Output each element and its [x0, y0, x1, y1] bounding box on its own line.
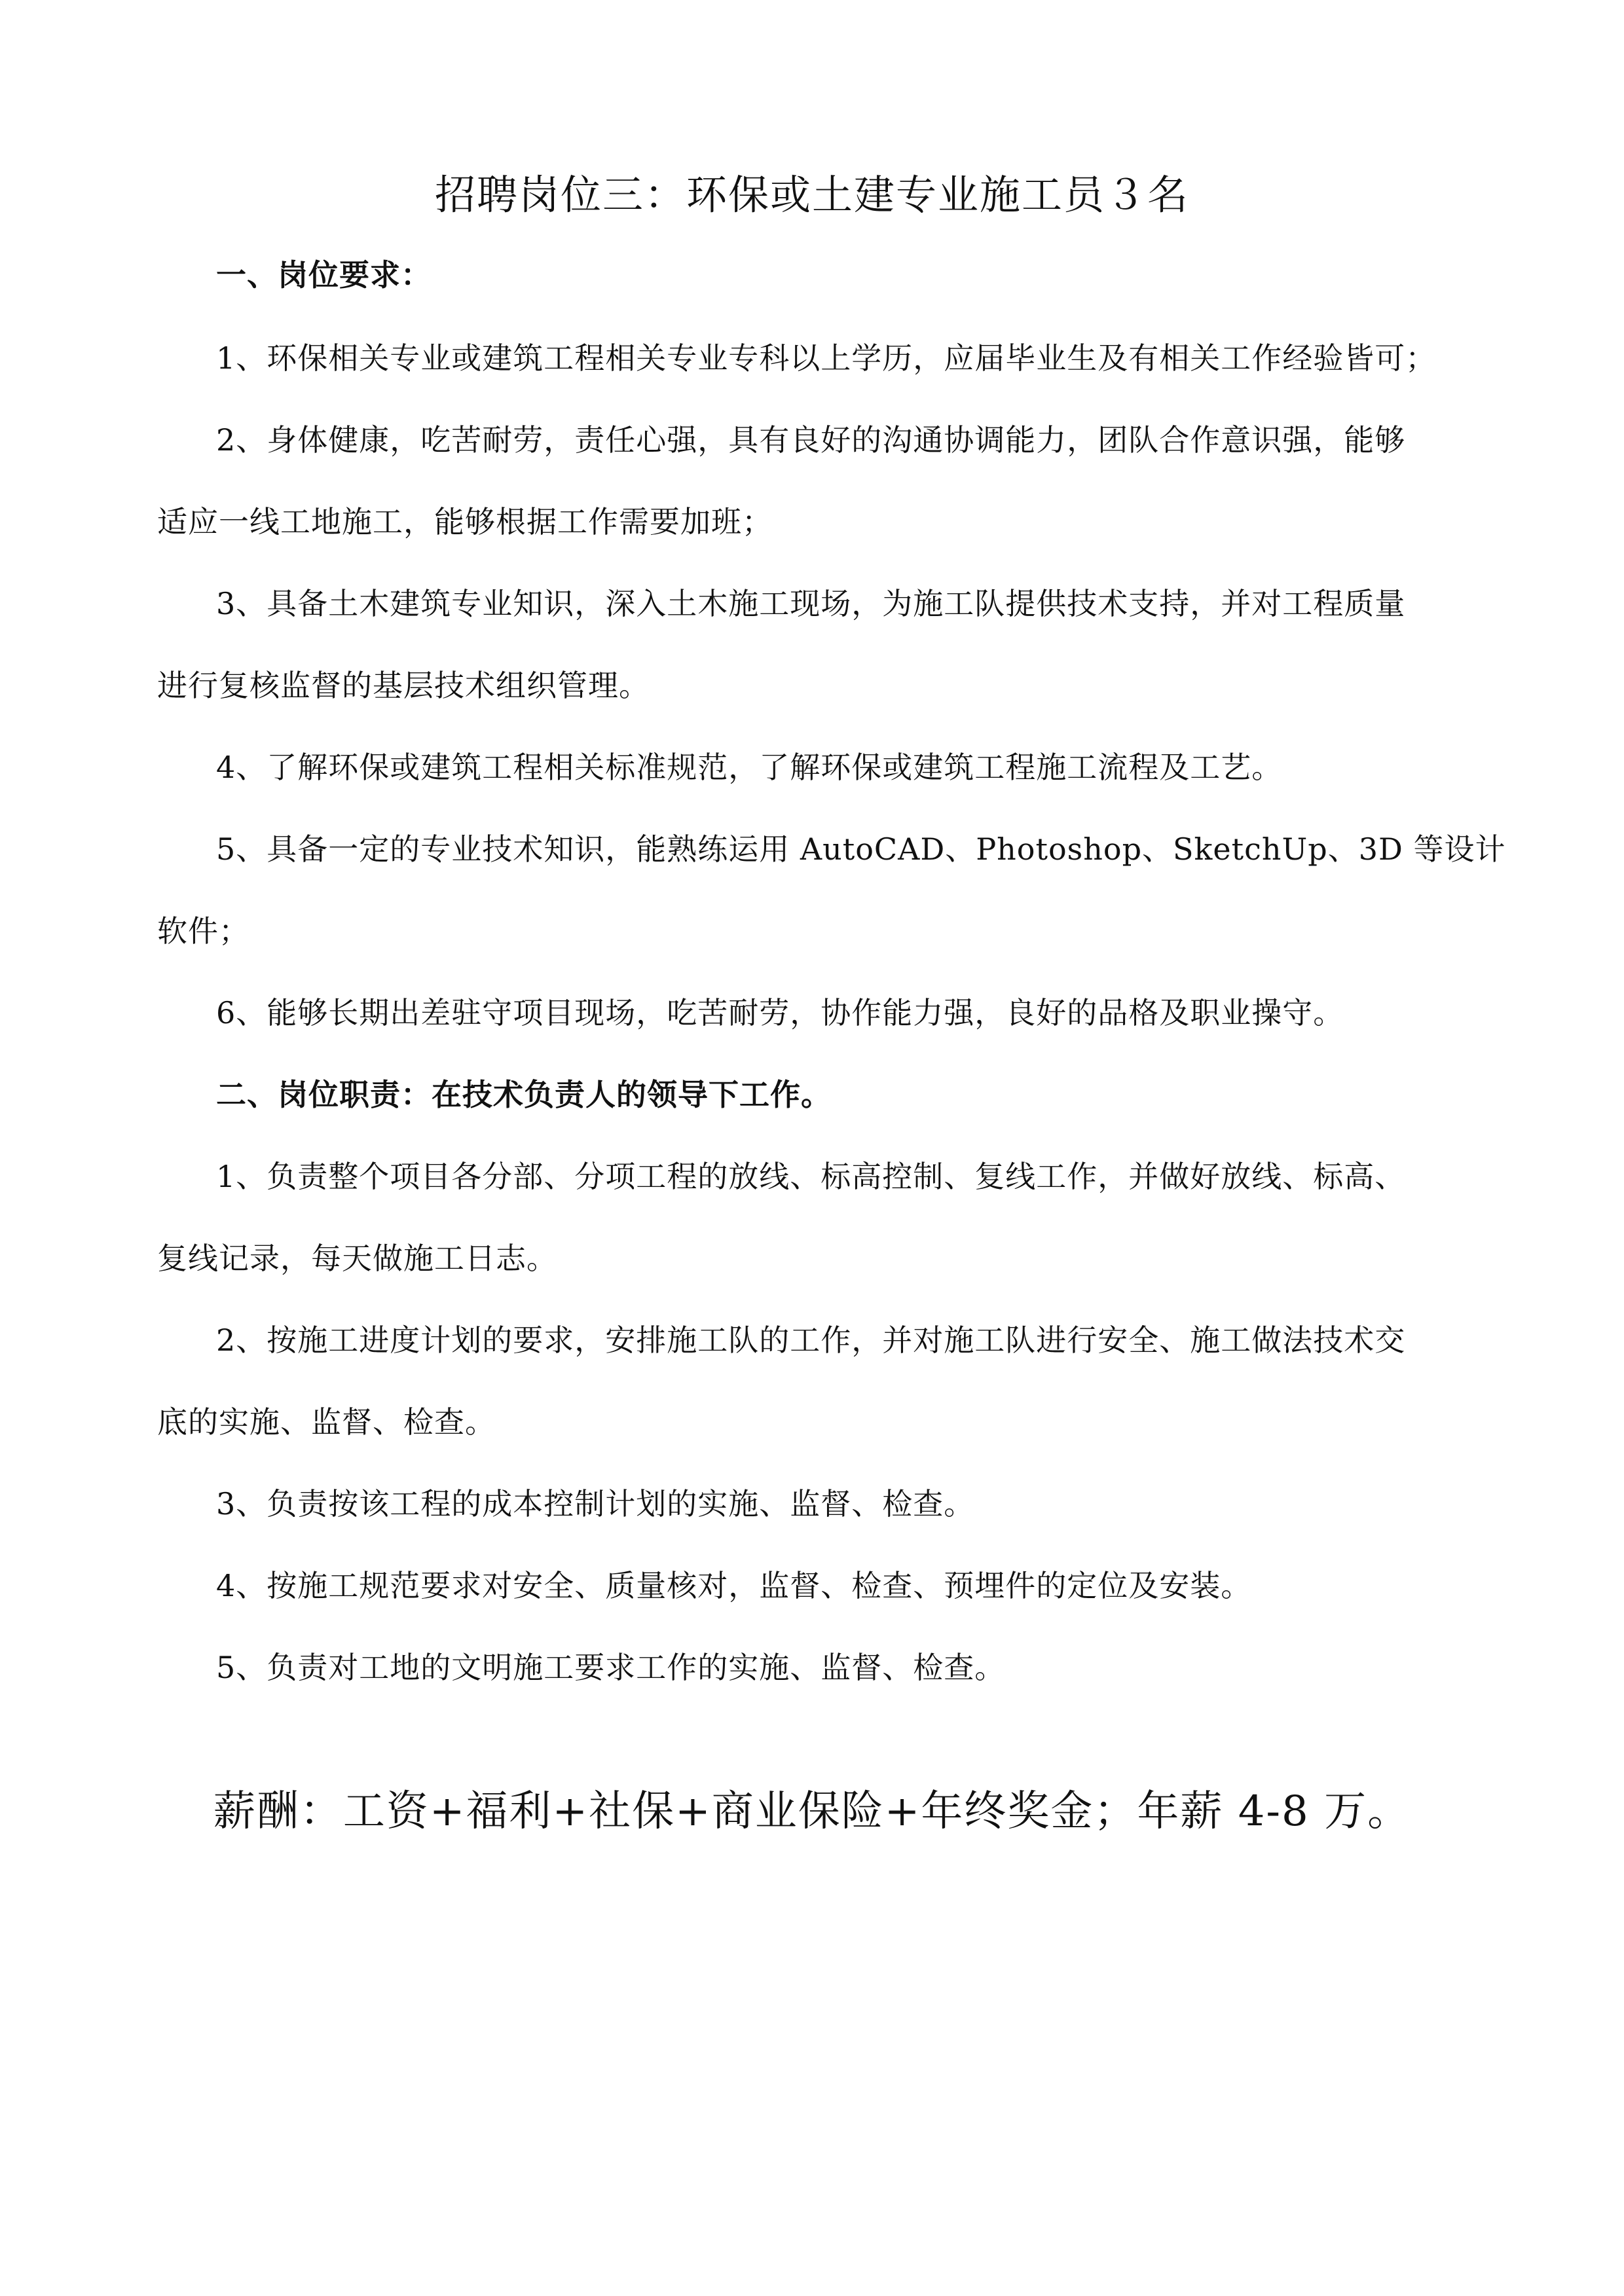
requirement-item-3-line-2: 进行复核监督的基层技术组织管理。: [157, 665, 1500, 706]
duty-item-1-line-1: 1、负责整个项目各分部、分项工程的放线、标高控制、复线工作，并做好放线、标高、: [216, 1156, 1559, 1197]
duty-item-3-line-1: 3、负责按该工程的成本控制计划的实施、监督、检查。: [216, 1483, 1559, 1525]
requirement-item-2-line-1: 2、身体健康，吃苦耐劳，责任心强，具有良好的沟通协调能力，团队合作意识强，能够: [216, 419, 1559, 461]
requirement-item-4-line-1: 4、了解环保或建筑工程相关标准规范，了解环保或建筑工程施工流程及工艺。: [216, 746, 1559, 788]
section-heading-duties: 二、岗位职责：在技术负责人的领导下工作。: [216, 1074, 1559, 1116]
requirement-item-6-line-1: 6、能够长期出差驻守项目现场，吃苦耐劳，协作能力强，良好的品格及职业操守。: [216, 992, 1559, 1034]
requirement-item-5-line-1: 5、具备一定的专业技术知识，能熟练运用 AutoCAD、Photoshop、Sk…: [216, 828, 1559, 870]
duty-item-5-line-1: 5、负责对工地的文明施工要求工作的实施、监督、检查。: [216, 1647, 1559, 1688]
requirement-item-5-line-2: 软件；: [157, 910, 1500, 952]
duty-item-1-line-2: 复线记录，每天做施工日志。: [157, 1237, 1500, 1279]
requirement-item-1-line-1: 1、环保相关专业或建筑工程相关专业专科以上学历，应届毕业生及有相关工作经验皆可；: [216, 337, 1559, 379]
salary-statement: 薪酬：工资+福利+社保+商业保险+年终奖金；年薪 4-8 万。: [0, 1782, 1624, 1841]
page-title: 招聘岗位三：环保或土建专业施工员３名: [0, 162, 1624, 228]
duty-item-4-line-1: 4、按施工规范要求对安全、质量核对，监督、检查、预埋件的定位及安装。: [216, 1565, 1559, 1607]
section-heading-requirements: 一、岗位要求：: [216, 254, 1559, 296]
duty-item-2-line-2: 底的实施、监督、检查。: [157, 1401, 1500, 1443]
duty-item-2-line-1: 2、按施工进度计划的要求，安排施工队的工作，并对施工队进行安全、施工做法技术交: [216, 1319, 1559, 1361]
requirement-item-2-line-2: 适应一线工地施工，能够根据工作需要加班；: [157, 501, 1500, 543]
requirement-item-3-line-1: 3、具备土木建筑专业知识，深入土木施工现场，为施工队提供技术支持，并对工程质量: [216, 583, 1559, 625]
